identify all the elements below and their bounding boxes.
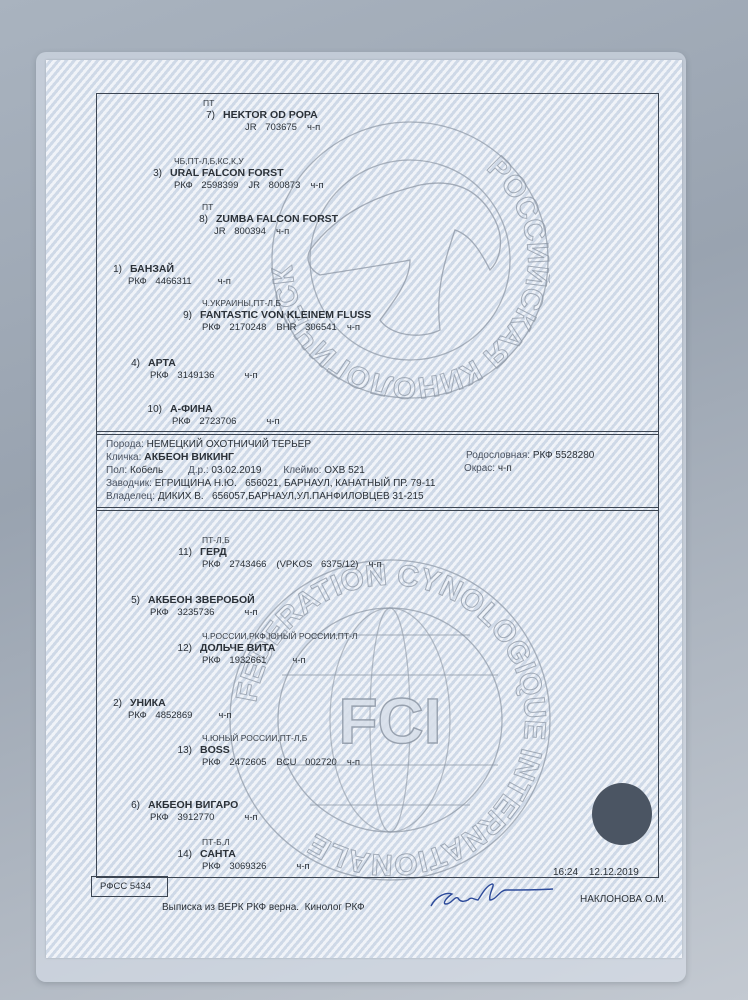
ancestor-number: 13) — [170, 745, 192, 757]
registration-number: РКФ 2598399 — [174, 180, 238, 191]
ancestor-name: УНИКА — [130, 697, 166, 709]
section-divider-bottom — [96, 507, 659, 511]
ancestor-name: ГЕРД — [200, 546, 227, 558]
ancestor-4: 4)АРТА РКФ 3149136ч-п — [118, 357, 268, 382]
registration-number: РКФ 4466311 — [128, 276, 192, 287]
coat-color: ч-п — [296, 861, 309, 872]
coat-color: ч-п — [218, 710, 231, 721]
breed-label: Порода: — [106, 439, 144, 450]
sex-label: Пол: — [106, 465, 127, 476]
ancestor-number: 8) — [148, 214, 208, 226]
ancestor-name: BOSS — [200, 744, 230, 756]
ancestor-2: 2)УНИКА РКФ 4852869ч-п — [100, 697, 242, 722]
owner-label: Владелец: — [106, 491, 155, 502]
ancestor-3: ЧБ,ПТ-Л,Б,КС,К,У 3)URAL FALCON FORST РКФ… — [140, 155, 334, 192]
ancestor-name: БАНЗАЙ — [130, 263, 174, 275]
ancestor-titles: ПТ-Л,Б — [170, 534, 392, 546]
dog-info: Порода: НЕМЕЦКИЙ ОХОТНИЧИЙ ТЕРЬЕР Кличка… — [106, 438, 435, 503]
coat-color: ч-п — [266, 416, 279, 427]
certification-text: Выписка из ВЕРК РКФ верна. Кинолог РКФ — [162, 902, 365, 913]
registration-number: РКФ 3912770 — [150, 812, 214, 823]
ancestor-titles: ЧБ,ПТ-Л,Б,КС,К,У — [140, 155, 334, 167]
ancestor-number: 2) — [100, 698, 122, 710]
signatory-name: НАКЛОНОВА О.М. — [580, 894, 667, 905]
registration-number: РКФ 2472605 — [202, 757, 266, 768]
issue-date: 12.12.2019 — [589, 867, 639, 878]
ancestor-titles: ПТ-Б,Л — [170, 836, 320, 848]
sex-value: Кобель — [130, 464, 188, 477]
dog-color: Окрас: ч-п — [464, 463, 512, 474]
pedigree-label: Родословная: — [466, 450, 530, 461]
name-label: Кличка: — [106, 452, 141, 463]
owner-value: ДИКИХ В. 656057,БАРНАУЛ,УЛ.ПАНФИЛОВЦЕВ 3… — [158, 491, 424, 502]
ancestor-7: ПТ 7)HEKTOR OD POPA JR 703675ч-п — [193, 97, 330, 134]
ancestor-number: 6) — [118, 800, 140, 812]
coat-color: ч-п — [310, 180, 323, 191]
ancestor-6: 6)АКБЕОН ВИГАРО РКФ 3912770ч-п — [118, 799, 268, 824]
ancestor-number: 4) — [118, 358, 140, 370]
ancestor-titles: Ч.УКРАИНЫ,ПТ-Л,Б — [170, 297, 371, 309]
color-value: ч-п — [498, 463, 512, 474]
ancestor-number: 10) — [140, 404, 162, 416]
foreign-registration: BCU 002720 — [276, 757, 336, 768]
tattoo-value: OXB 521 — [324, 465, 365, 476]
foreign-registration: BHR 306541 — [276, 322, 336, 333]
ancestor-number: 9) — [170, 310, 192, 322]
coat-color: ч-п — [307, 122, 320, 133]
registration-number: РКФ 2170248 — [202, 322, 266, 333]
ancestor-number: 3) — [140, 168, 162, 180]
coat-color: ч-п — [276, 226, 289, 237]
coat-color: ч-п — [292, 655, 305, 666]
ancestor-name: АРТА — [148, 357, 176, 369]
registration-number: JR 703675 — [245, 122, 297, 133]
tattoo-label: Клеймо: — [283, 465, 321, 476]
registration-number: РКФ 3235736 — [150, 607, 214, 618]
ancestor-8: ПТ 8)ZUMBA FALCON FORST JR 800394ч-п — [148, 201, 338, 238]
coat-color: ч-п — [347, 322, 360, 333]
issue-time: 16:24 — [553, 867, 578, 878]
ancestor-name: САНТА — [200, 848, 236, 860]
dob-label: Д.р.: — [188, 465, 209, 476]
ancestor-number: 14) — [170, 849, 192, 861]
rfss-number-box: РФСС 5434 — [91, 876, 168, 897]
ancestor-number: 7) — [193, 110, 215, 122]
coat-color: ч-п — [218, 276, 231, 287]
ancestor-name: URAL FALCON FORST — [170, 167, 284, 179]
coat-color: ч-п — [244, 812, 257, 823]
ancestor-titles: ПТ — [193, 97, 330, 109]
ancestor-name: ДОЛЬЧЕ ВИТА — [200, 642, 275, 654]
ancestor-name: АКБЕОН ВИГАРО — [148, 799, 238, 811]
registration-number: РКФ 3149136 — [150, 370, 214, 381]
ancestor-name: АКБЕОН ЗВЕРОБОЙ — [148, 594, 255, 606]
breeder-label: Заводчик: — [106, 478, 152, 489]
coat-color: ч-п — [244, 607, 257, 618]
registration-number: JR 800394 — [214, 226, 266, 237]
issue-timestamp: 16:24 12.12.2019 — [553, 867, 639, 878]
ancestor-titles: Ч.РОССИИ,РКФ,ЮНЫЙ РОССИИ,ПТ-Л — [170, 630, 358, 642]
ancestor-name: HEKTOR OD POPA — [223, 109, 318, 121]
ancestor-number: 12) — [170, 643, 192, 655]
dog-name: АКБЕОН ВИКИНГ — [144, 451, 234, 463]
ancestor-1: 1)БАНЗАЙ РКФ 4466311ч-п — [100, 263, 241, 288]
round-stamp — [592, 783, 652, 845]
dob-value: 03.02.2019 — [211, 464, 283, 477]
foreign-registration: (VPKOS 6375/12) — [276, 559, 358, 570]
ancestor-number: 11) — [170, 547, 192, 559]
coat-color: ч-п — [244, 370, 257, 381]
registration-number: РКФ 2723706 — [172, 416, 236, 427]
registration-number: РКФ 1932661 — [202, 655, 266, 666]
pedigree-value: РКФ 5528280 — [533, 450, 594, 461]
coat-color: ч-п — [347, 757, 360, 768]
breed-value: НЕМЕЦКИЙ ОХОТНИЧИЙ ТЕРЬЕР — [147, 439, 311, 450]
ancestor-11: ПТ-Л,Б 11)ГЕРД РКФ 2743466(VPKOS 6375/12… — [170, 534, 392, 571]
ancestor-5: 5)АКБЕОН ЗВЕРОБОЙ РКФ 3235736ч-п — [118, 594, 268, 619]
ancestor-name: FANTASTIC VON KLEINEM FLUSS — [200, 309, 371, 321]
registration-number: РКФ 3069326 — [202, 861, 266, 872]
ancestor-9: Ч.УКРАИНЫ,ПТ-Л,Б 9)FANTASTIC VON KLEINEM… — [170, 297, 371, 334]
section-divider-top — [96, 431, 659, 435]
ancestor-name: ZUMBA FALCON FORST — [216, 213, 338, 225]
ancestor-13: Ч.ЮНЫЙ РОССИИ,ПТ-Л,Б 13)BOSS РКФ 2472605… — [170, 732, 370, 769]
ancestor-name: А-ФИНА — [170, 403, 213, 415]
ancestor-14: ПТ-Б,Л 14)САНТА РКФ 3069326ч-п — [170, 836, 320, 873]
ancestor-number: 1) — [100, 264, 122, 276]
coat-color: ч-п — [368, 559, 381, 570]
ancestor-10: 10)А-ФИНА РКФ 2723706ч-п — [140, 403, 290, 428]
color-label: Окрас: — [464, 463, 495, 474]
breeder-value: ЕГРИЩИНА Н.Ю. 656021, БАРНАУЛ, КАНАТНЫЙ … — [155, 478, 436, 489]
registration-number: РКФ 2743466 — [202, 559, 266, 570]
ancestor-12: Ч.РОССИИ,РКФ,ЮНЫЙ РОССИИ,ПТ-Л 12)ДОЛЬЧЕ … — [170, 630, 358, 667]
registration-number: РКФ 4852869 — [128, 710, 192, 721]
pedigree-number: Родословная: РКФ 5528280 — [466, 450, 594, 461]
foreign-registration: JR 800873 — [248, 180, 300, 191]
ancestor-titles: Ч.ЮНЫЙ РОССИИ,ПТ-Л,Б — [170, 732, 370, 744]
ancestor-number: 5) — [118, 595, 140, 607]
ancestor-titles: ПТ — [148, 201, 338, 213]
